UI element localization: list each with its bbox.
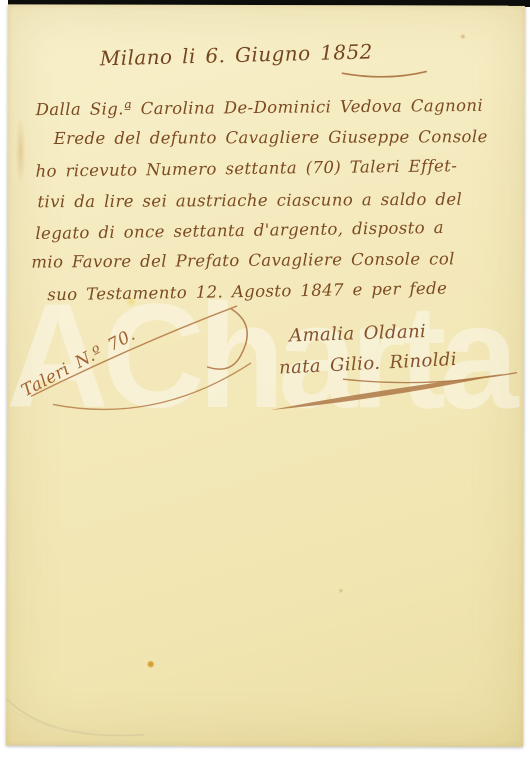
fold-crease-inner — [12, 709, 101, 731]
signature-maiden-name: nata Gilio. Rinoldi — [279, 349, 458, 379]
annotation-hook-flourish — [207, 309, 247, 369]
body-line: mio Favore del Prefato Cavagliere Consol… — [31, 249, 455, 271]
signature-name: Amalia Oldani — [289, 321, 427, 346]
edge-smudge — [15, 116, 25, 186]
annotation-diagonal-flourish — [31, 305, 237, 397]
body-line: legato di once settanta d'argento, dispo… — [35, 218, 444, 243]
foxing-spot — [147, 661, 154, 668]
margin-annotation-talleri-count: Taleri N.º 70. — [18, 325, 139, 401]
body-line: Erede del defunto Cavagliere Giuseppe Co… — [54, 127, 488, 148]
date-underline-flourish — [342, 71, 427, 77]
fold-crease — [6, 698, 144, 735]
date-line: Milano li 6. Giugno 1852 — [100, 39, 373, 70]
body-line: ho ricevuto Numero settanta (70) Taleri … — [35, 156, 457, 181]
foxing-spot — [460, 34, 466, 40]
document-paper: ACharta Milano li 6. Giugno 1852 Dalla S… — [6, 4, 525, 746]
foxing-spot — [338, 588, 343, 593]
scanned-document-photo: ACharta Milano li 6. Giugno 1852 Dalla S… — [0, 0, 530, 760]
signature-swoosh — [271, 373, 505, 411]
body-line: Dalla Sig.ª Carolina De-Dominici Vedova … — [36, 96, 484, 119]
body-line: tivi da lire sei austriache ciascuno a s… — [37, 190, 462, 212]
body-line: suo Testamento 12. Agosto 1847 e per fed… — [47, 279, 447, 305]
